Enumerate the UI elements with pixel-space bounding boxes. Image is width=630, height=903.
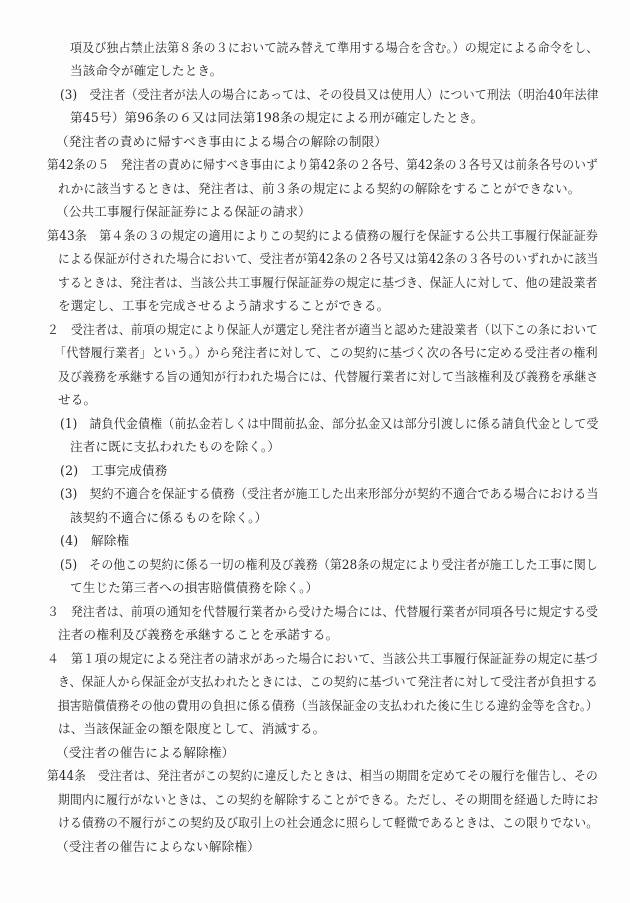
text-line: (3) 契約不適合を保証する債務（受注者が施工した出来形部分が契約不適合である場… (60, 486, 599, 502)
text-line: するときは、発注者は、当該公共工事履行保証証券の規定に基づき、保証人に対して、他… (58, 275, 598, 291)
text-line: 該契約不適合に係るものを除く。） (70, 510, 267, 526)
text-line: 期間内に履行がないときは、この契約を解除することができる。ただし、その期間を経過… (58, 792, 598, 808)
text-line: ける債務の不履行がこの契約及び取引上の社会通念に照らして軽微であるときは、この限… (58, 815, 598, 831)
text-line: 「代替履行業者」という。）から発注者に対して、この契約に基づく次の各号に定める受… (54, 345, 598, 361)
text-line: 及び義務を承継する旨の通知が行われた場合には、代替履行業者に対して当該権利及び義… (58, 369, 598, 385)
text-line: 注者に既に支払われたものを除く。） (70, 439, 280, 455)
text-line: ４ 第１項の規定による発注者の請求があった場合において、当該公共工事履行保証証券… (47, 651, 598, 667)
text-line: ３ 発注者は、前項の通知を代替履行業者から受けた場合には、代替履行業者が同項各号… (47, 604, 598, 620)
text-line: れかに該当するときは、発注者は、前３条の規定による契約の解除をすることができない… (58, 181, 581, 197)
text-line: せる。 (58, 392, 96, 408)
text-line: 当該命令が確定したとき。 (70, 63, 222, 79)
text-line: き、保証人から保証金が支払われたときには、この契約に基づいて発注者に対して受注者… (58, 674, 598, 690)
text-line: 項及び独占禁止法第８条の３において読み替えて準用する場合を含む。）の規定による命… (70, 40, 598, 56)
text-line: ２ 受注者は、前項の規定により保証人が選定し発注者が適当と認めた建設業者（以下こ… (47, 322, 598, 338)
text-line: 注者の権利及び義務を承継することを承諾する。 (58, 627, 338, 643)
text-line: は、当該保証金の額を限度として、消滅する。 (58, 721, 325, 737)
text-line: （受注者の催告による解除権） (56, 745, 234, 761)
text-line: 第45号）第96条の６又は同法第198条の規定による刑が確定したとき。 (70, 110, 483, 126)
text-line: (2) 工事完成債務 (60, 463, 168, 479)
text-line: 第42条の５ 発注者の責めに帰すべき事由により第42条の２各号、第42条の３各号… (47, 157, 598, 173)
text-line: （発注者の責めに帰すべき事由による場合の解除の制限） (56, 134, 387, 150)
text-line: （受注者の催告によらない解除権） (56, 839, 260, 855)
text-line: (3) 受注者（受注者が法人の場合にあっては、その役員又は使用人）について刑法（… (60, 87, 599, 103)
text-line: (1) 請負代金債権（前払金若しくは中間前払金、部分払金又は部分引渡しに係る請負… (60, 416, 599, 432)
text-line: 第43条 第４条の３の規定の適用によりこの契約による債務の履行を保証する公共工事… (47, 228, 598, 244)
text-line: （公共工事履行保証証券による保証の請求） (56, 204, 311, 220)
text-line: を選定し、工事を完成させるよう請求することができる。 (58, 298, 389, 314)
text-line: 損害賠償債務その他の費用の負担に係る債務（当該保証金の支払われた後に生じる違約金… (58, 698, 598, 714)
text-line: (5) その他この契約に係る一切の権利及び義務（第28条の規定により受注者が施工… (60, 557, 598, 573)
text-line: 第44条 受注者は、発注者がこの契約に違反したときは、相当の期間を定めてその履行… (47, 768, 598, 784)
text-line: (4) 解除権 (60, 533, 129, 549)
text-line: による保証が付された場合において、受注者が第42条の２各号又は第42条の３各号の… (58, 251, 598, 267)
document-page: 項及び独占禁止法第８条の３において読み替えて準用する場合を含む。）の規定による命… (0, 0, 630, 903)
text-line: て生じた第三者への損害賠償債務を除く。） (70, 580, 318, 596)
